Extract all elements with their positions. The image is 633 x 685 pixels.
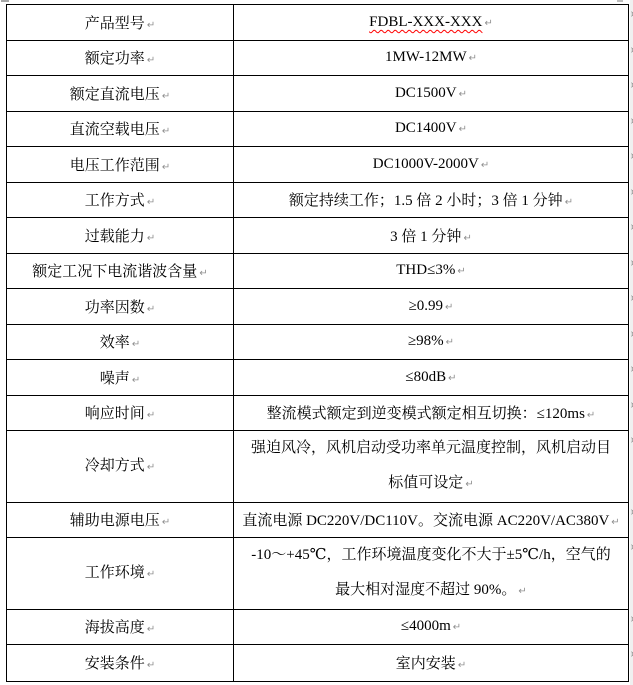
- spec-name: 效率: [100, 335, 130, 351]
- paragraph-mark-icon: ↵: [147, 660, 155, 671]
- spec-value-paragraph: DC1000V-2000V↵: [234, 156, 628, 173]
- spec-name: 安装条件: [85, 656, 145, 672]
- paragraph-mark-icon: ↵: [453, 622, 461, 633]
- spec-name: 过载能力: [85, 229, 145, 245]
- spec-value-cell[interactable]: ≤80dB↵: [234, 360, 628, 395]
- spec-name: 冷却方式: [85, 458, 145, 474]
- spec-value: 强迫风冷，风机启动受功率单元温度控制，风机启动目 标值可设定: [251, 440, 611, 491]
- spec-value-cell[interactable]: 强迫风冷，风机启动受功率单元温度控制，风机启动目 标值可设定↵: [234, 431, 628, 502]
- table-row: 辅助电源电压↵ 直流电源 DC220V/DC110V。交流电源 AC220V/A…: [7, 503, 628, 539]
- spec-name-cell[interactable]: 辅助电源电压↵: [7, 503, 234, 538]
- spec-name: 噪声: [100, 371, 130, 387]
- paragraph-mark-icon: ↵: [162, 91, 170, 102]
- paragraph-mark-icon: ↵: [465, 479, 473, 490]
- spec-value-paragraph: 室内安装↵: [234, 652, 628, 673]
- spec-value-cell[interactable]: ≥98%↵: [234, 325, 628, 360]
- spec-value-paragraph: ≥98%↵: [234, 333, 628, 350]
- spec-value: 直流电源 DC220V/DC110V。交流电源 AC220V/AC380V: [242, 513, 609, 529]
- paragraph-mark-icon: ↵: [147, 20, 155, 31]
- paragraph-mark-icon: ↵: [611, 517, 619, 528]
- table-row: 噪声↵ ≤80dB↵ ¤: [7, 360, 628, 396]
- paragraph-mark-icon: ↵: [147, 462, 155, 473]
- spec-value-cell[interactable]: DC1400V↵: [234, 112, 628, 147]
- document-page: 产品型号↵ FDBL-XXX-XXX↵ ¤ 额定功率↵ 1MW-12MW↵ ¤ …: [0, 0, 633, 685]
- spec-name-cell[interactable]: 工作方式↵: [7, 183, 234, 218]
- paragraph-mark-icon: ↵: [457, 266, 465, 277]
- paragraph-mark-icon: ↵: [469, 53, 477, 64]
- paragraph-mark-icon: ↵: [147, 233, 155, 244]
- spec-value: 整流模式额定到逆变模式额定相互切换：≤120ms: [267, 406, 585, 422]
- spec-value: DC1000V-2000V: [373, 156, 479, 172]
- spec-name-cell[interactable]: 海拔高度↵: [7, 610, 234, 645]
- table-row: 冷却方式↵ 强迫风冷，风机启动受功率单元温度控制，风机启动目 标值可设定↵ ¤: [7, 431, 628, 503]
- paragraph-mark-icon: ↵: [147, 55, 155, 66]
- spec-name-cell[interactable]: 效率↵: [7, 325, 234, 360]
- paragraph-mark-icon: ↵: [484, 18, 492, 29]
- spec-value: DC1500V: [395, 85, 457, 101]
- spec-name-cell[interactable]: 冷却方式↵: [7, 431, 234, 502]
- spec-name-paragraph: 额定工况下电流谐波含量↵: [7, 260, 233, 281]
- spec-value-paragraph: ≤80dB↵: [234, 369, 628, 386]
- paragraph-mark-icon: ↵: [565, 197, 573, 208]
- spec-value-cell[interactable]: 额定持续工作；1.5 倍 2 小时；3 倍 1 分钟↵: [234, 183, 628, 218]
- paragraph-mark-icon: ↵: [132, 339, 140, 350]
- spec-value: ≥0.99: [409, 298, 443, 314]
- spec-name-cell[interactable]: 直流空载电压↵: [7, 112, 234, 147]
- table-row: 海拔高度↵ ≤4000m↵ ¤: [7, 610, 628, 646]
- spec-value-paragraph: FDBL-XXX-XXX↵: [234, 14, 628, 31]
- spec-value: 3 倍 1 分钟: [390, 229, 461, 245]
- spec-name: 海拔高度: [85, 620, 145, 636]
- spec-value-cell[interactable]: 3 倍 1 分钟↵: [234, 218, 628, 253]
- paragraph-mark-icon: ↵: [162, 517, 170, 528]
- paragraph-mark-icon: ↵: [162, 162, 170, 173]
- spec-value-cell[interactable]: DC1500V↵: [234, 76, 628, 111]
- spec-value-paragraph: ≥0.99↵: [234, 298, 628, 315]
- spec-name-paragraph: 电压工作范围↵: [7, 154, 233, 175]
- table-row: 电压工作范围↵ DC1000V-2000V↵ ¤: [7, 147, 628, 183]
- spec-value-paragraph: 整流模式额定到逆变模式额定相互切换：≤120ms↵: [234, 402, 628, 423]
- spec-value-paragraph: -10～+45℃，工作环境温度变化不大于±5℃/h，空气的 最大相对湿度不超过 …: [234, 538, 628, 608]
- spec-name-paragraph: 安装条件↵: [7, 652, 233, 673]
- spec-value: DC1400V: [395, 120, 457, 136]
- paragraph-mark-icon: ↵: [147, 197, 155, 208]
- spec-name: 额定功率: [85, 51, 145, 67]
- spec-value-paragraph: 直流电源 DC220V/DC110V。交流电源 AC220V/AC380V↵: [234, 509, 628, 530]
- spec-value-paragraph: 强迫风冷，风机启动受功率单元温度控制，风机启动目 标值可设定↵: [234, 431, 628, 501]
- spec-name: 额定直流电压: [70, 87, 160, 103]
- spec-name-paragraph: 功率因数↵: [7, 296, 233, 317]
- table-row: 功率因数↵ ≥0.99↵ ¤: [7, 289, 628, 325]
- table-row: 工作环境↵ -10～+45℃，工作环境温度变化不大于±5℃/h，空气的 最大相对…: [7, 538, 628, 610]
- paragraph-mark-icon: ↵: [518, 586, 526, 597]
- spec-name: 直流空载电压: [70, 122, 160, 138]
- paragraph-mark-icon: ↵: [199, 268, 207, 279]
- spec-name-cell[interactable]: 噪声↵: [7, 360, 234, 395]
- paragraph-mark-icon: ↵: [445, 302, 453, 313]
- table-row: 安装条件↵ 室内安装↵ ¤: [7, 645, 628, 681]
- spec-name-cell[interactable]: 电压工作范围↵: [7, 147, 234, 182]
- spec-value-paragraph: 1MW-12MW↵: [234, 49, 628, 66]
- spec-value-paragraph: THD≤3%↵: [234, 262, 628, 279]
- paragraph-mark-icon: ↵: [448, 373, 456, 384]
- table-row: 额定直流电压↵ DC1500V↵ ¤: [7, 76, 628, 112]
- spec-value-cell[interactable]: 室内安装↵: [234, 645, 628, 681]
- paragraph-mark-icon: ↵: [446, 337, 454, 348]
- spec-name-paragraph: 工作方式↵: [7, 189, 233, 210]
- spec-value-cell[interactable]: 1MW-12MW↵: [234, 41, 628, 76]
- paragraph-mark-icon: ↵: [147, 569, 155, 580]
- spec-name: 工作方式: [85, 193, 145, 209]
- spec-value-cell[interactable]: 整流模式额定到逆变模式额定相互切换：≤120ms↵: [234, 396, 628, 431]
- spec-value-paragraph: DC1400V↵: [234, 120, 628, 137]
- spec-value: ≥98%: [408, 333, 444, 349]
- table-row: 响应时间↵ 整流模式额定到逆变模式额定相互切换：≤120ms↵ ¤: [7, 396, 628, 432]
- table-row: 额定功率↵ 1MW-12MW↵ ¤: [7, 41, 628, 77]
- spec-value: THD≤3%: [396, 262, 455, 278]
- table-row: 工作方式↵ 额定持续工作；1.5 倍 2 小时；3 倍 1 分钟↵ ¤: [7, 183, 628, 219]
- spec-value-paragraph: 3 倍 1 分钟↵: [234, 225, 628, 246]
- table-row: 额定工况下电流谐波含量↵ THD≤3%↵ ¤: [7, 254, 628, 290]
- table-row: 产品型号↵ FDBL-XXX-XXX↵ ¤: [7, 5, 628, 41]
- spec-name-cell[interactable]: 功率因数↵: [7, 289, 234, 324]
- spec-name-paragraph: 过载能力↵: [7, 225, 233, 246]
- spec-value-cell[interactable]: THD≤3%↵: [234, 254, 628, 289]
- spec-name-paragraph: 直流空载电压↵: [7, 118, 233, 139]
- table-row: 直流空载电压↵ DC1400V↵ ¤: [7, 112, 628, 148]
- cropped-mark: [617, 0, 623, 2]
- spec-value-cell[interactable]: FDBL-XXX-XXX↵: [234, 5, 628, 40]
- spec-name-paragraph: 海拔高度↵: [7, 616, 233, 637]
- spec-value-cell[interactable]: ≤4000m↵: [234, 610, 628, 645]
- spec-value-paragraph: DC1500V↵: [234, 85, 628, 102]
- spec-value: FDBL-XXX-XXX: [369, 14, 482, 30]
- spec-name-cell[interactable]: 响应时间↵: [7, 396, 234, 431]
- spec-name-paragraph: 额定直流电压↵: [7, 83, 233, 104]
- spec-name: 响应时间: [85, 406, 145, 422]
- cropped-mark: [1, 0, 9, 2]
- spec-name-cell[interactable]: 额定直流电压↵: [7, 76, 234, 111]
- spec-name: 辅助电源电压: [70, 513, 160, 529]
- spec-name-cell[interactable]: 额定工况下电流谐波含量↵: [7, 254, 234, 289]
- paragraph-mark-icon: ↵: [481, 160, 489, 171]
- spec-name-paragraph: 辅助电源电压↵: [7, 509, 233, 530]
- spec-name-paragraph: 工作环境↵: [7, 556, 233, 591]
- paragraph-mark-icon: ↵: [162, 126, 170, 137]
- spec-name-paragraph: 额定功率↵: [7, 47, 233, 68]
- spec-name-cell[interactable]: 工作环境↵: [7, 538, 234, 609]
- spec-name: 电压工作范围: [70, 158, 160, 174]
- spec-value-cell[interactable]: DC1000V-2000V↵: [234, 147, 628, 182]
- paragraph-mark-icon: ↵: [587, 410, 595, 421]
- spec-value-cell[interactable]: ≥0.99↵: [234, 289, 628, 324]
- paragraph-mark-icon: ↵: [147, 624, 155, 635]
- table-row: 过载能力↵ 3 倍 1 分钟↵ ¤: [7, 218, 628, 254]
- paragraph-mark-icon: ↵: [147, 410, 155, 421]
- spec-name-cell[interactable]: 过载能力↵: [7, 218, 234, 253]
- spec-value-cell[interactable]: -10～+45℃，工作环境温度变化不大于±5℃/h，空气的 最大相对湿度不超过 …: [234, 538, 628, 609]
- spec-name: 产品型号: [85, 16, 145, 32]
- spec-name-cell[interactable]: 产品型号↵: [7, 5, 234, 40]
- paragraph-mark-icon: ↵: [132, 375, 140, 386]
- spec-table: 产品型号↵ FDBL-XXX-XXX↵ ¤ 额定功率↵ 1MW-12MW↵ ¤ …: [6, 4, 629, 682]
- spec-name-paragraph: 响应时间↵: [7, 402, 233, 423]
- spec-value: ≤80dB: [405, 369, 446, 385]
- table-row: 效率↵ ≥98%↵ ¤: [7, 325, 628, 361]
- spec-value: -10～+45℃，工作环境温度变化不大于±5℃/h，空气的 最大相对湿度不超过 …: [251, 547, 610, 598]
- spec-name-paragraph: 产品型号↵: [7, 12, 233, 33]
- spec-name-cell[interactable]: 安装条件↵: [7, 645, 234, 681]
- spec-value: ≤4000m: [401, 618, 451, 634]
- paragraph-mark-icon: ↵: [458, 660, 466, 671]
- paragraph-mark-icon: ↵: [147, 304, 155, 315]
- spec-value: 额定持续工作；1.5 倍 2 小时；3 倍 1 分钟: [289, 193, 563, 209]
- spec-value: 1MW-12MW: [385, 49, 467, 65]
- spec-value-paragraph: 额定持续工作；1.5 倍 2 小时；3 倍 1 分钟↵: [234, 189, 628, 210]
- spec-name-paragraph: 噪声↵: [7, 367, 233, 388]
- paragraph-mark-icon: ↵: [459, 124, 467, 135]
- spec-name-paragraph: 冷却方式↵: [7, 449, 233, 484]
- paragraph-mark-icon: ↵: [459, 89, 467, 100]
- paragraph-mark-icon: ↵: [463, 233, 471, 244]
- spec-name-cell[interactable]: 额定功率↵: [7, 41, 234, 76]
- spec-name: 工作环境: [85, 565, 145, 581]
- spec-value: 室内安装: [396, 656, 456, 672]
- spec-name: 额定工况下电流谐波含量: [32, 264, 197, 280]
- spec-value-cell[interactable]: 直流电源 DC220V/DC110V。交流电源 AC220V/AC380V↵: [234, 503, 628, 538]
- spec-name: 功率因数: [85, 300, 145, 316]
- spec-value-paragraph: ≤4000m↵: [234, 618, 628, 635]
- spec-name-paragraph: 效率↵: [7, 331, 233, 352]
